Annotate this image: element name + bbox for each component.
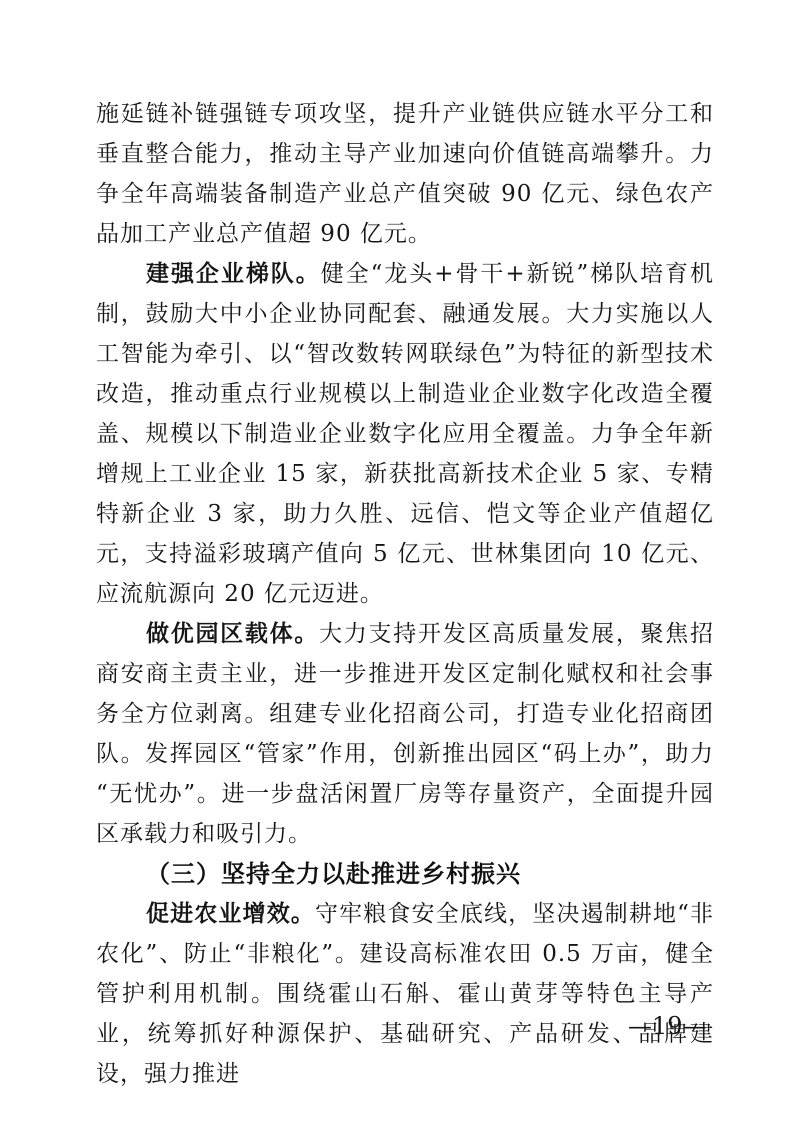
heading-text: （三）坚持全力以赴推进乡村振兴 xyxy=(146,860,521,888)
paragraph-lead: 促进农业增效。 xyxy=(146,900,315,927)
paragraph-text: 健全“龙头+骨干+新锐”梯队培育机制，鼓励大中小企业协同配套、融通发展。大力实施… xyxy=(96,261,714,607)
body-paragraph: 促进农业增效。守牢粮食安全底线，坚决遏制耕地“非农化”、防止“非粮化”。建设高标… xyxy=(96,894,714,1094)
body-paragraph: 建强企业梯队。健全“龙头+骨干+新锐”梯队培育机制，鼓励大中小企业协同配套、融通… xyxy=(96,254,714,614)
paragraph-text: 大力支持开发区高质量发展，聚焦招商安商主责主业，进一步推进开发区定制化赋权和社会… xyxy=(96,621,714,847)
body-paragraph: 做优园区载体。大力支持开发区高质量发展，聚焦招商安商主责主业，进一步推进开发区定… xyxy=(96,614,714,854)
paragraph-text: 守牢粮食安全底线，坚决遏制耕地“非农化”、防止“非粮化”。建设高标准农田 0.5… xyxy=(96,901,714,1087)
paragraph-text: 施延链补链强链专项攻坚，提升产业链供应链水平分工和垂直整合能力，推动主导产业加速… xyxy=(96,101,714,247)
body-paragraph: 施延链补链强链专项攻坚，提升产业链供应链水平分工和垂直整合能力，推动主导产业加速… xyxy=(96,94,714,254)
page-number: —19— xyxy=(628,1012,698,1040)
paragraph-lead: 做优园区载体。 xyxy=(146,620,319,647)
section-heading: （三）坚持全力以赴推进乡村振兴 xyxy=(96,854,714,894)
document-page: 施延链补链强链专项攻坚，提升产业链供应链水平分工和垂直整合能力，推动主导产业加速… xyxy=(0,0,793,1122)
paragraph-lead: 建强企业梯队。 xyxy=(146,260,321,287)
document-body: 施延链补链强链专项攻坚，提升产业链供应链水平分工和垂直整合能力，推动主导产业加速… xyxy=(96,94,714,1094)
